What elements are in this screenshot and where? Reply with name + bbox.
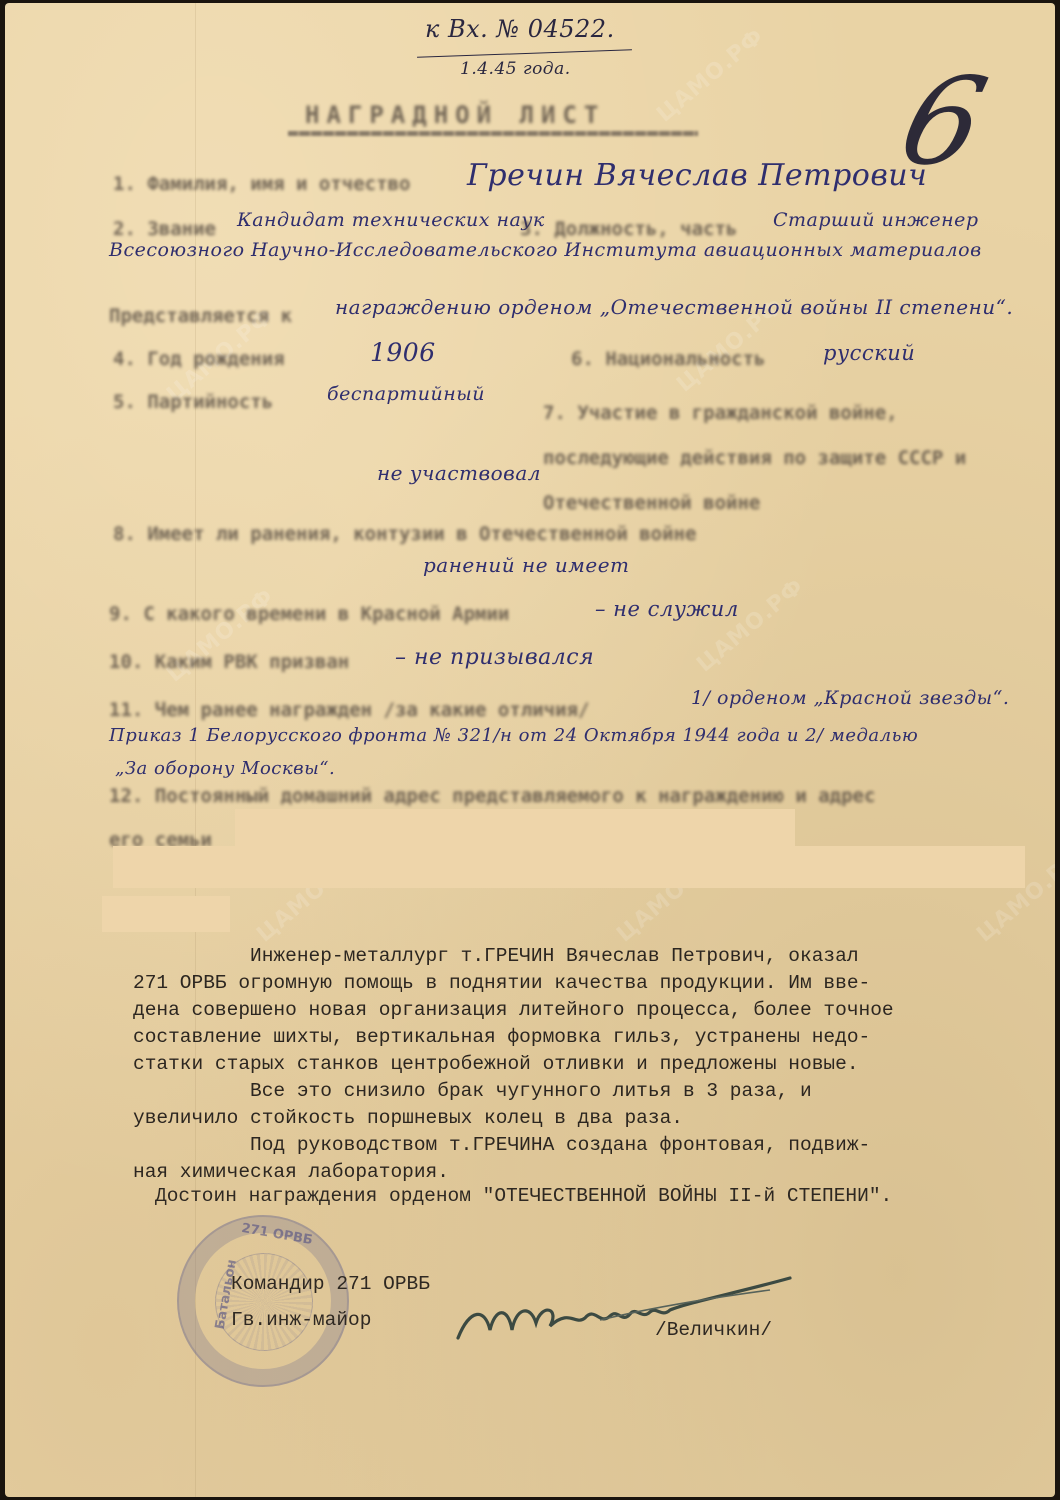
label-position: 3. Должность, часть (520, 218, 737, 240)
label-presented-for: Представляется к (109, 305, 292, 327)
value-previous-awards-order: Приказ 1 Белорусского фронта № 321/н от … (109, 725, 918, 746)
official-seal-stamp: Батальон 271 ОРВБ (177, 1215, 349, 1387)
redacted-address-box (113, 846, 1025, 888)
label-birth-year: 4. Год рождения (113, 348, 285, 370)
value-party: беспартийный (327, 383, 485, 405)
value-position: Старший инженер (773, 209, 979, 231)
label-wounds: 8. Имеет ли ранения, контузии в Отечеств… (113, 523, 696, 545)
value-birth-year: 1906 (370, 338, 436, 367)
signer-name: /Величкин/ (655, 1319, 772, 1341)
ref-divider (417, 49, 632, 58)
redacted-address-box (235, 809, 795, 846)
citation-narrative: Инженер-металлург т.ГРЕЧИН Вячеслав Петр… (133, 943, 1033, 1186)
label-full-name: 1. Фамилия, имя и отчество (113, 173, 410, 195)
title-underline (288, 131, 698, 136)
value-presented-for: награждению орденом „Отечественной войны… (335, 295, 1013, 319)
value-position-unit: Всесоюзного Научно-Исследовательского Ин… (109, 239, 982, 261)
value-army-since: – не служил (595, 597, 739, 621)
label-army-since: 9. С какого времени в Красной Армии (109, 603, 509, 625)
watermark: ЦАМО.РФ (692, 574, 809, 678)
label-party: 5. Партийность (113, 391, 273, 413)
incoming-ref-number: к Вх. № 04522. (425, 15, 615, 43)
value-previous-awards: 1/ орденом „Красной звезды“. (691, 687, 1009, 709)
label-rank: 2. Звание (113, 218, 216, 240)
label-home-address: 12. Постоянный домашний адрес представля… (109, 785, 875, 807)
value-draft-office: – не призывался (395, 645, 594, 670)
document-title: НАГРАДНОЙ ЛИСТ (305, 101, 605, 129)
award-conclusion: Достоин награждения орденом "ОТЕЧЕСТВЕНН… (155, 1185, 892, 1207)
watermark: ЦАМО.РФ (652, 24, 769, 128)
signer-rank: Гв.инж-майор (231, 1309, 371, 1331)
incoming-ref-date: 1.4.45 года. (460, 59, 571, 79)
stamp-unit: 271 ОРВБ (240, 1221, 314, 1248)
handwritten-signature (450, 1268, 800, 1358)
value-full-name: Гречин Вячеслав Петрович (467, 158, 927, 193)
label-civil-war-participation: 7. Участие в гражданской войне, последую… (543, 391, 1033, 526)
value-nationality: русский (823, 341, 915, 365)
value-previous-awards-medal: „За оборону Москвы“. (115, 758, 335, 779)
label-nationality: 6. Национальность (571, 348, 765, 370)
label-previous-awards: 11. Чем ранее награжден /за какие отличи… (109, 699, 589, 721)
redacted-address-box (102, 896, 230, 932)
label-draft-office: 10. Каким РВК призван (109, 651, 349, 673)
value-rank: Кандидат технических наук (237, 209, 545, 231)
value-civil-war-participation: не участвовал (377, 461, 541, 485)
award-sheet-page: ЦАМО.РФ ЦАМО.РФ ЦАМО.РФ ЦАМО.РФ ЦАМО.РФ … (5, 3, 1055, 1497)
signer-position: Командир 271 ОРВБ (231, 1273, 430, 1295)
value-wounds: ранений не имеет (423, 553, 630, 577)
